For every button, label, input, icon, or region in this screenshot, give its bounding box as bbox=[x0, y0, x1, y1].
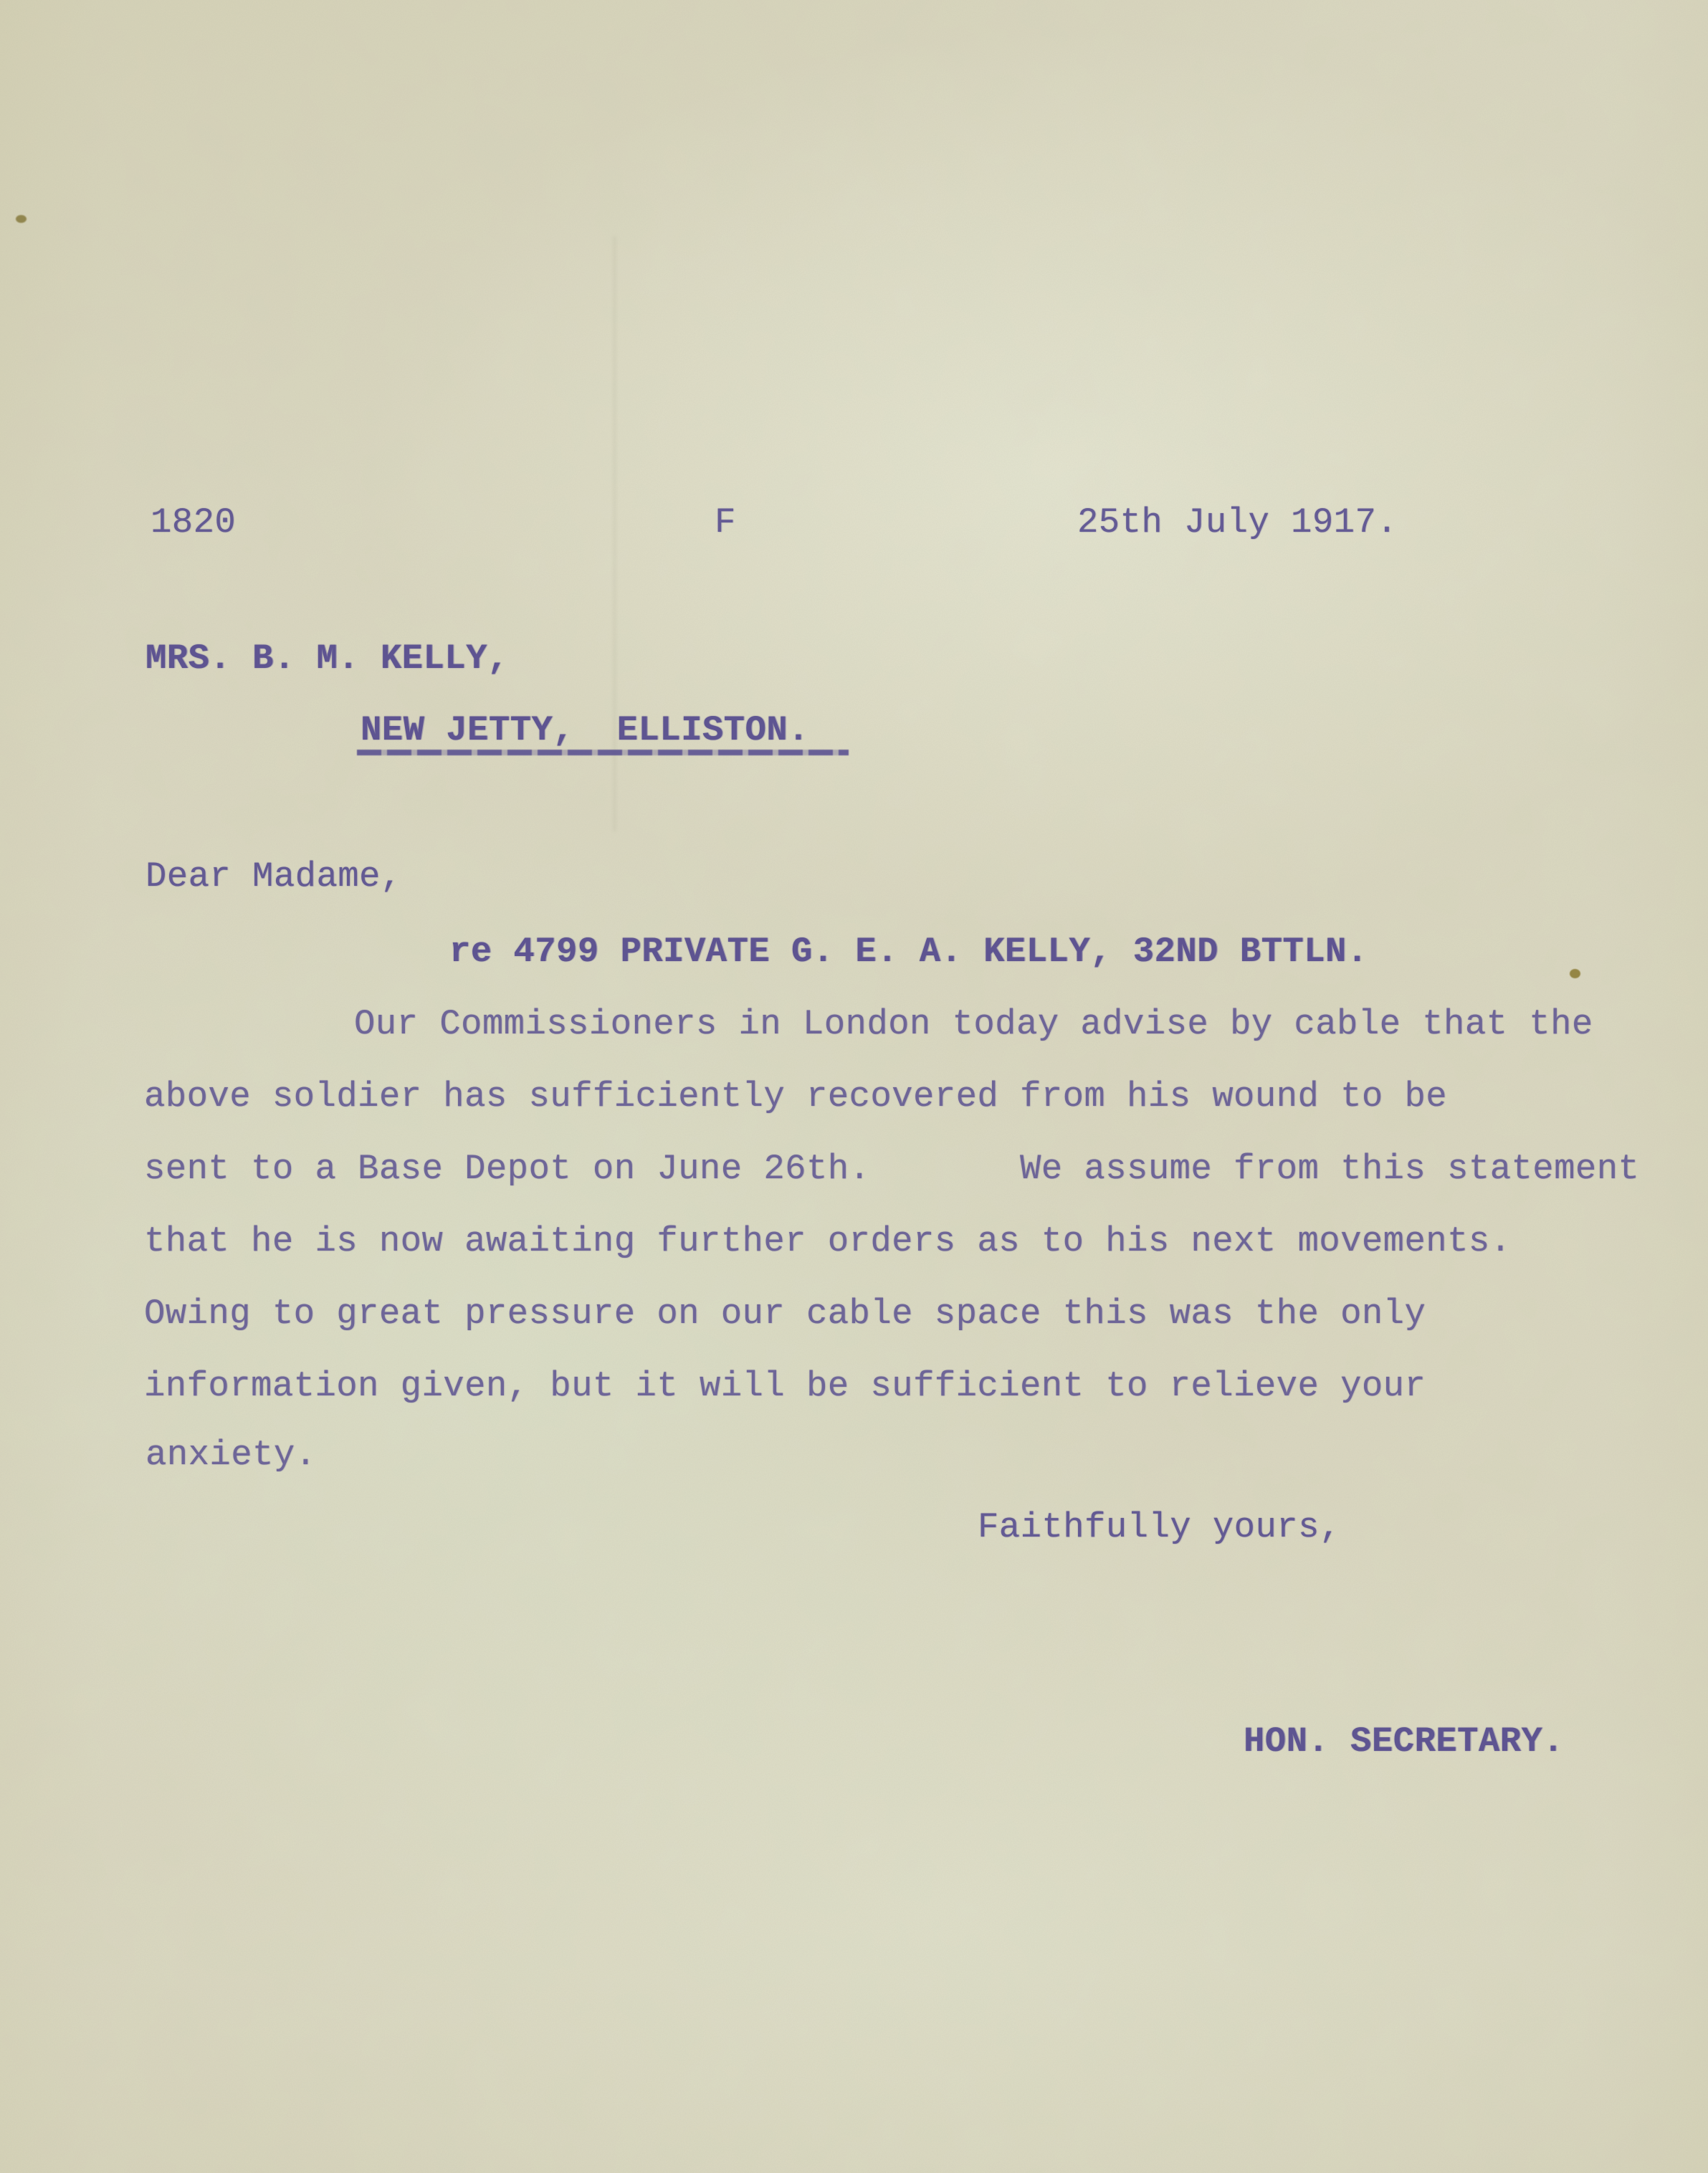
body-line-2: above soldier has sufficiently recovered… bbox=[144, 1078, 1447, 1116]
reference-number: 1820 bbox=[151, 504, 236, 542]
recipient-name: MRS. B. M. KELLY, bbox=[145, 640, 509, 678]
body-line-5: Owing to great pressure on our cable spa… bbox=[144, 1295, 1426, 1333]
salutation: Dear Madame, bbox=[145, 858, 402, 896]
body-line-6: information given, but it will be suffic… bbox=[144, 1367, 1426, 1405]
stain-spot-right bbox=[1570, 969, 1580, 978]
recipient-address: NEW JETTY, ELLISTON. bbox=[361, 712, 809, 750]
closing-phrase: Faithfully yours, bbox=[978, 1509, 1341, 1547]
address-underline bbox=[357, 750, 849, 755]
body-line-4: that he is now awaiting further orders a… bbox=[144, 1223, 1512, 1261]
filing-letter: F bbox=[715, 504, 736, 542]
body-line-3: sent to a Base Depot on June 26th. We as… bbox=[144, 1150, 1639, 1188]
body-line-7: anxiety. bbox=[145, 1436, 316, 1474]
subject-line: re 4799 PRIVATE G. E. A. KELLY, 32ND BTT… bbox=[449, 933, 1368, 971]
body-line-1: Our Commissioners in London today advise… bbox=[354, 1006, 1593, 1043]
letter-sheet: { "letter": { "reference_number": "1820"… bbox=[0, 0, 1708, 2173]
stain-spot-left bbox=[16, 215, 27, 223]
signature-title: HON. SECRETARY. bbox=[1244, 1723, 1564, 1761]
letter-date: 25th July 1917. bbox=[1077, 504, 1398, 542]
